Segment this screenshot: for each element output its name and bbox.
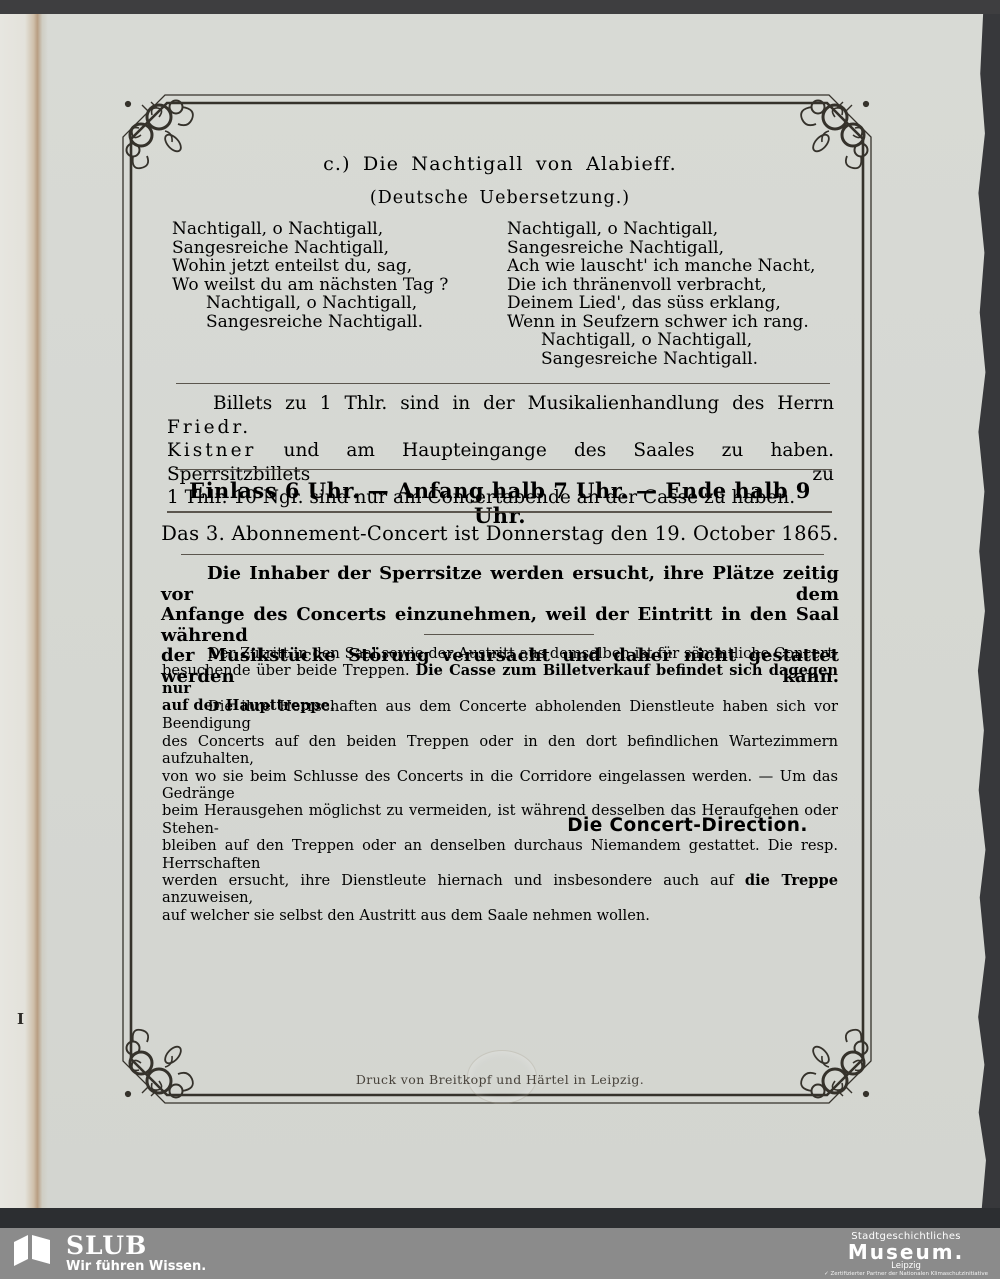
margin-mark: I — [17, 1010, 24, 1028]
poem-line: Die ich thränenvoll verbracht, — [507, 276, 815, 295]
slub-name: SLUB — [66, 1233, 206, 1259]
poem-left-column: Nachtigall, o Nachtigall, Sangesreiche N… — [172, 220, 448, 331]
poem-line: Sangesreiche Nachtigall. — [507, 350, 815, 369]
text-line: von wo sie beim Schlusse des Concerts in… — [162, 768, 838, 803]
poem-line: Nachtigall, o Nachtigall, — [172, 220, 448, 239]
text-line: bleiben auf den Treppen oder an denselbe… — [162, 837, 838, 872]
slub-tagline: Wir führen Wissen. — [66, 1260, 206, 1274]
museum-line2: Museum. — [824, 1242, 988, 1262]
divider-rule — [181, 554, 824, 555]
text-line: auf welcher sie selbst den Austritt aus … — [162, 907, 838, 924]
certification-text: Zertifizierter Partner der Nationalen Kl… — [830, 1271, 988, 1277]
poem-line: Wenn in Seufzern schwer ich rang. — [507, 313, 815, 332]
text-line: Der Zutritt in den Saal sowie der Austri… — [162, 645, 838, 662]
text-line: Anfange des Concerts einzunehmen, weil d… — [161, 605, 839, 646]
check-icon: ✓ — [824, 1271, 829, 1277]
certification-line: ✓ Zertifizierter Partner der Nationalen … — [824, 1271, 988, 1278]
scan-background-top — [0, 0, 1000, 14]
museum-logo[interactable]: Stadtgeschichtliches Museum. Leipzig ✓ Z… — [824, 1231, 988, 1278]
text-line: besuchende über beide Treppen. Die Casse… — [162, 662, 838, 697]
binding-edge — [0, 14, 48, 1208]
poem-right-column: Nachtigall, o Nachtigall, Sangesreiche N… — [507, 220, 815, 368]
slub-logo[interactable]: SLUB Wir führen Wissen. — [12, 1233, 206, 1274]
text-line: Die Inhaber der Sperrsitze werden ersuch… — [161, 564, 839, 605]
footer-bar: SLUB Wir führen Wissen. Stadtgeschichtli… — [0, 1228, 1000, 1279]
viewer-page: c.) Die Nachtigall von Alabieff. (Deutsc… — [0, 0, 1000, 1279]
printer-imprint: Druck von Breitkopf und Härtel in Leipzi… — [160, 1072, 840, 1087]
divider-rule — [167, 511, 832, 513]
next-concert-line: Das 3. Abonnement-Concert ist Donnerstag… — [160, 522, 840, 545]
poem-line: Deinem Lied', das süss erklang, — [507, 294, 815, 313]
divider-rule — [176, 383, 830, 384]
signature-line: Die Concert-Direction. — [555, 815, 820, 836]
poem-line: Wo weilst du am nächsten Tag ? — [172, 276, 448, 295]
divider-rule — [175, 469, 832, 470]
servants-notice-paragraph: Die ihre Herrschaften aus dem Concerte a… — [162, 698, 838, 924]
short-divider-rule — [424, 634, 594, 635]
text-line: Billets zu 1 Thlr. sind in der Musikalie… — [167, 392, 834, 439]
text-line: werden ersucht, ihre Dienstleute hiernac… — [162, 872, 838, 907]
text-line: des Concerts auf den beiden Treppen oder… — [162, 733, 838, 768]
poem-line: Ach wie lauscht' ich manche Nacht, — [507, 257, 815, 276]
poem-line: Sangesreiche Nachtigall, — [507, 239, 815, 258]
piece-subtitle: (Deutsche Uebersetzung.) — [160, 188, 840, 208]
text-line: Die ihre Herrschaften aus dem Concerte a… — [162, 698, 838, 733]
admission-times-line: Einlass 6 Uhr. — Anfang halb 7 Uhr. — En… — [160, 478, 840, 528]
slub-book-icon — [12, 1233, 52, 1267]
piece-title: c.) Die Nachtigall von Alabieff. — [160, 153, 840, 175]
poem-line: Nachtigall, o Nachtigall, — [507, 331, 815, 350]
poem-line: Sangesreiche Nachtigall, — [172, 239, 448, 258]
poem-line: Sangesreiche Nachtigall. — [172, 313, 448, 332]
poem-line: Wohin jetzt enteilst du, sag, — [172, 257, 448, 276]
paper-ragged-edge — [974, 14, 1000, 1208]
poem-line: Nachtigall, o Nachtigall, — [172, 294, 448, 313]
poem-line: Nachtigall, o Nachtigall, — [507, 220, 815, 239]
scan-background-bottom — [0, 1208, 1000, 1228]
